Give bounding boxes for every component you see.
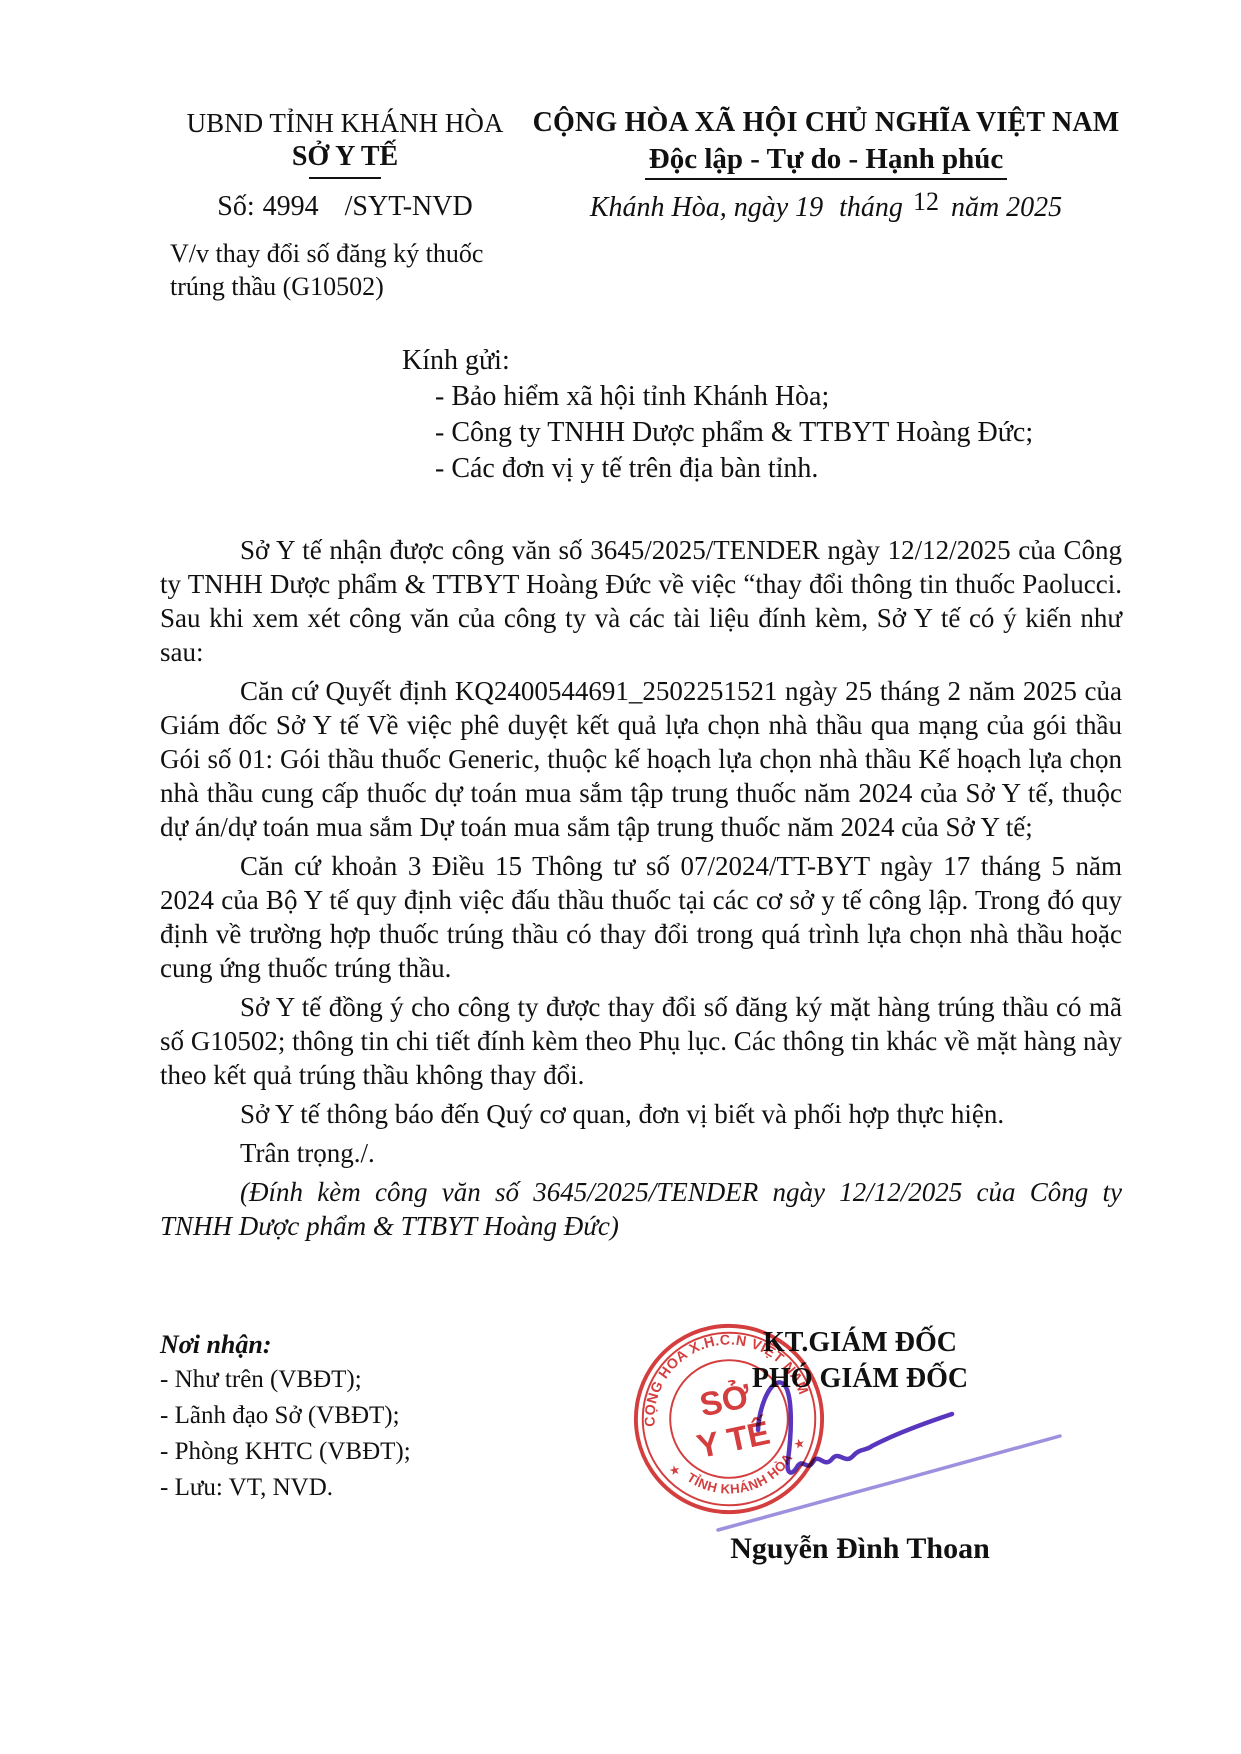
distribution-label: Nơi nhận: xyxy=(160,1328,411,1362)
attachment-note: (Đính kèm công văn số 3645/2025/TENDER n… xyxy=(160,1175,1122,1243)
body-paragraph: Sở Y tế thông báo đến Quý cơ quan, đơn v… xyxy=(160,1097,1122,1131)
issuing-authority: SỞ Y TẾ xyxy=(160,140,530,174)
date-place-day: Khánh Hòa, ngày 19 xyxy=(590,192,823,223)
distribution-list: Nơi nhận: - Như trên (VBĐT); - Lãnh đạo … xyxy=(160,1328,411,1506)
org-name-underline xyxy=(309,177,381,179)
document-number-label: Số: xyxy=(217,191,254,222)
issuing-authority-parent: UBND TỈNH KHÁNH HÒA xyxy=(160,106,530,140)
document-number-value: 4994 xyxy=(263,191,319,222)
header-right-column: CỘNG HÒA XÃ HỘI CHỦ NGHĨA VIỆT NAM Độc l… xyxy=(530,106,1122,224)
body-paragraph: Căn cứ khoản 3 Điều 15 Thông tư số 07/20… xyxy=(160,849,1122,985)
date-month-value: 12 xyxy=(913,187,939,217)
recipient-item: - Bảo hiểm xã hội tỉnh Khánh Hòa; xyxy=(435,379,1122,415)
national-title: CỘNG HÒA XÃ HỘI CHỦ NGHĨA VIỆT NAM xyxy=(530,106,1122,140)
place-date-line: Khánh Hòa, ngày 19tháng12năm 2025 xyxy=(530,192,1122,224)
national-motto: Độc lập - Tự do - Hạnh phúc xyxy=(645,142,1008,180)
distribution-item: - Lãnh đạo Sở (VBĐT); xyxy=(160,1398,411,1434)
document-body: Sở Y tế nhận được công văn số 3645/2025/… xyxy=(160,533,1122,1243)
body-paragraph: Sở Y tế nhận được công văn số 3645/2025/… xyxy=(160,533,1122,669)
document-header: UBND TỈNH KHÁNH HÒA SỞ Y TẾ Số:4994/SYT-… xyxy=(160,106,1122,303)
recipient-item: - Công ty TNHH Dược phẩm & TTBYT Hoàng Đ… xyxy=(435,415,1122,451)
signature-scrawl xyxy=(640,1368,1100,1538)
salutation-block: Kính gửi: - Bảo hiểm xã hội tỉnh Khánh H… xyxy=(160,343,1122,487)
body-paragraph: Căn cứ Quyết định KQ2400544691_250225152… xyxy=(160,674,1122,844)
recipient-item: - Các đơn vị y tế trên địa bàn tỉnh. xyxy=(435,451,1122,487)
document-number: Số:4994/SYT-NVD xyxy=(160,191,530,223)
header-left-column: UBND TỈNH KHÁNH HÒA SỞ Y TẾ Số:4994/SYT-… xyxy=(160,106,530,303)
salutation-label: Kính gửi: xyxy=(402,343,1122,379)
document-number-suffix: /SYT-NVD xyxy=(345,191,473,222)
date-year: năm 2025 xyxy=(951,192,1062,223)
distribution-item: - Phòng KHTC (VBĐT); xyxy=(160,1434,411,1470)
closing-phrase: Trân trọng./. xyxy=(160,1136,1122,1170)
document-subject: V/v thay đổi số đăng ký thuốc trúng thầu… xyxy=(160,237,512,303)
body-paragraph: Sở Y tế đồng ý cho công ty được thay đổi… xyxy=(160,990,1122,1092)
distribution-item: - Như trên (VBĐT); xyxy=(160,1362,411,1398)
document-page: UBND TỈNH KHÁNH HÒA SỞ Y TẾ Số:4994/SYT-… xyxy=(0,0,1241,1754)
date-month-label: tháng xyxy=(839,192,903,223)
distribution-item: - Lưu: VT, NVD. xyxy=(160,1470,411,1506)
